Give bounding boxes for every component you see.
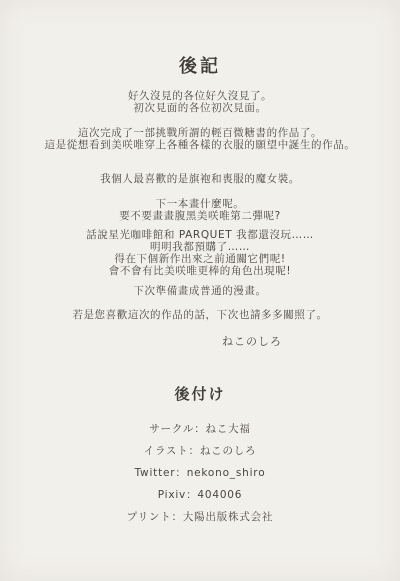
- text-line: 話說星光咖啡館和 PARQUET 我都還沒玩……: [0, 229, 400, 241]
- text-line: 下次準備畫成普通的漫畫。: [0, 285, 400, 297]
- text-line: 好久沒見的各位好久沒見了。: [0, 90, 400, 102]
- closing-paragraph: 若是您喜歡這次的作品的話，下次也請多多關照了。: [0, 309, 400, 321]
- colophon-label: プリント: [127, 511, 172, 523]
- colophon-title: 後付け: [0, 383, 400, 404]
- colophon-row-twitter: Twitter：nekono_shiro: [0, 462, 400, 484]
- colophon-value: 404006: [197, 489, 242, 501]
- text-line: 要不要畫畫腹黑美咲唯第二彈呢?: [0, 210, 400, 222]
- text-line: 這是從想看到美咲唯穿上各種各樣的衣服的願望中誕生的作品。: [0, 139, 400, 151]
- artist-signature: ねこのしろ: [52, 333, 400, 349]
- colophon-section: 後付け サークル：ねこ大福 イラスト：ねこのしろ Twitter：nekono_…: [0, 383, 400, 528]
- greeting-paragraph: 好久沒見的各位好久沒見了。 初次見面的各位初次見面。: [0, 90, 400, 114]
- colophon-row-illustrator: イラスト：ねこのしろ: [0, 440, 400, 462]
- colophon-label: サークル: [149, 423, 194, 435]
- colophon-label: Twitter: [135, 467, 176, 479]
- colophon-separator: ：: [175, 467, 186, 479]
- text-line: 會不會有比美咲唯更棒的角色出現呢!: [0, 265, 400, 277]
- colophon-label: イラスト: [144, 445, 189, 457]
- colophon-separator: ：: [186, 489, 197, 501]
- colophon-separator: ：: [172, 511, 183, 523]
- next-plan-paragraph: 下次準備畫成普通的漫畫。: [0, 285, 400, 297]
- colophon-value: ねこ大福: [206, 423, 251, 435]
- concept-paragraph: 這次完成了一部挑戰所謂的輕百微糖書的作品了。 這是從想看到美咲唯穿上各種各樣的衣…: [0, 127, 400, 151]
- text-line: 明明我都預購了……: [0, 241, 400, 253]
- favorite-paragraph: 我個人最喜歡的是旗袍和喪服的魔女裝。: [0, 173, 400, 185]
- text-line: 若是您喜歡這次的作品的話，下次也請多多關照了。: [0, 309, 400, 321]
- text-line: 初次見面的各位初次見面。: [0, 102, 400, 114]
- afterword-title: 後記: [0, 52, 400, 78]
- colophon-row-circle: サークル：ねこ大福: [0, 418, 400, 440]
- text-line: 下一本畫什麼呢。: [0, 198, 400, 210]
- scanned-afterword-page: 後記 好久沒見的各位好久沒見了。 初次見面的各位初次見面。 這次完成了一部挑戰所…: [0, 0, 400, 581]
- colophon-label: Pixiv: [158, 489, 186, 501]
- text-line: 得在下個新作出來之前通關它們呢!: [0, 253, 400, 265]
- colophon-separator: ：: [189, 445, 200, 457]
- colophon-separator: ：: [194, 423, 205, 435]
- next-book-paragraph: 下一本畫什麼呢。 要不要畫畫腹黑美咲唯第二彈呢?: [0, 198, 400, 222]
- colophon-row-printer: プリント：大陽出版株式会社: [0, 506, 400, 528]
- text-line: 這次完成了一部挑戰所謂的輕百微糖書的作品了。: [0, 127, 400, 139]
- colophon-value: ねこのしろ: [200, 445, 257, 457]
- games-paragraph: 話說星光咖啡館和 PARQUET 我都還沒玩…… 明明我都預購了…… 得在下個新…: [0, 229, 400, 277]
- colophon-value: 大陽出版株式会社: [183, 511, 273, 523]
- text-line: 我個人最喜歡的是旗袍和喪服的魔女裝。: [0, 173, 400, 185]
- colophon-value: nekono_shiro: [187, 467, 266, 479]
- colophon-row-pixiv: Pixiv：404006: [0, 484, 400, 506]
